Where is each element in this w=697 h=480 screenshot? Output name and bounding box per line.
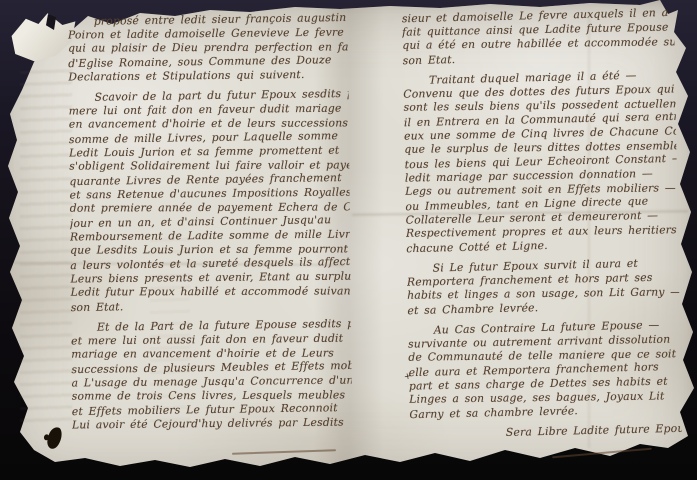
manuscript-paragraph: sieur et damoiselle Le fevre auxquels il… [402,6,675,67]
manuscript-paragraph: Au Cas Contraire La future Epouse —survi… [408,318,682,421]
manuscript-paragraph: proposé entre ledit sieur françois augus… [68,12,349,85]
manuscript-paragraph: Scavoir de la part du futur Epoux sesdit… [68,88,350,315]
manuscript-paragraph: Si Le futur Epoux survit il aura etRempo… [407,256,680,317]
manuscript-line: son Etat. [71,297,351,315]
manuscript-scan: proposé entre ledit sieur françois augus… [0,0,697,480]
manuscript-page-left: proposé entre ledit sieur françois augus… [68,12,353,457]
manuscript-line: Sera Libre Ladite future Epouse [410,422,682,442]
manuscript-page-right: sieur et damoiselle Le fevre auxquels il… [402,6,683,459]
manuscript-paragraph: Et de la Part de la future Epouse sesdit… [71,318,352,433]
manuscript-paragraph: Traitant duquel mariage il a été —Conven… [403,68,678,255]
manuscript-paragraph: Sera Libre Ladite future Epouse [410,422,682,441]
